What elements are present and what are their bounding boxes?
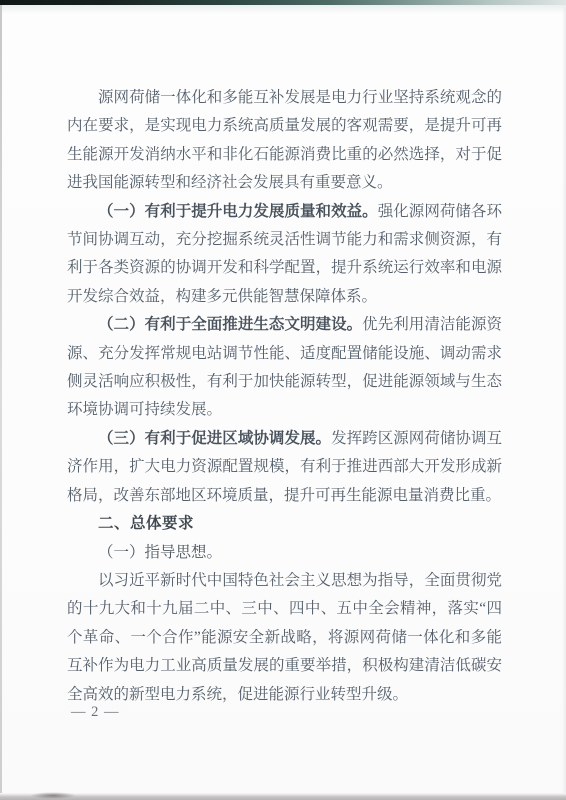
scan-edge-bottom	[0, 793, 566, 800]
scanned-page: 源网荷储一体化和多能互补发展是电力行业坚持系统观念的内在要求，是实现电力系统高质…	[0, 0, 566, 800]
paragraph-intro: 源网荷储一体化和多能互补发展是电力行业坚持系统观念的内在要求，是实现电力系统高质…	[67, 84, 502, 198]
scan-edge-top-haze	[0, 5, 566, 14]
document-body: 源网荷储一体化和多能互补发展是电力行业坚持系统观念的内在要求，是实现电力系统高质…	[67, 84, 502, 709]
paragraph-item-3: （三）有利于促进区域协调发展。发挥跨区源网荷储协调互济作用，扩大电力资源配置规模…	[67, 425, 502, 510]
scan-edge-right	[562, 5, 566, 793]
item-1-lead-sentence: （一）有利于提升电力发展质量和效益。	[98, 203, 378, 220]
page-number: — 2 —	[71, 703, 120, 721]
paragraph-item-1: （一）有利于提升电力发展质量和效益。强化源网荷储各环节间协调互动，充分挖掘系统灵…	[67, 198, 502, 312]
paragraph-item-2: （二）有利于全面推进生态文明建设。优先利用清洁能源资源、充分发挥常规电站调节性能…	[67, 311, 502, 425]
section-heading: 二、总体要求	[67, 510, 502, 538]
scan-edge-smudge	[30, 792, 76, 799]
paragraph-guiding-thought: 以习近平新时代中国特色社会主义思想为指导，全面贯彻党的十九大和十九届二中、三中、…	[67, 567, 502, 709]
item-3-lead-sentence: （三）有利于促进区域协调发展。	[98, 430, 331, 447]
scan-edge-left	[0, 5, 2, 793]
sub-heading: （一）指导思想。	[67, 539, 502, 567]
item-2-lead-sentence: （二）有利于全面推进生态文明建设。	[98, 316, 362, 333]
